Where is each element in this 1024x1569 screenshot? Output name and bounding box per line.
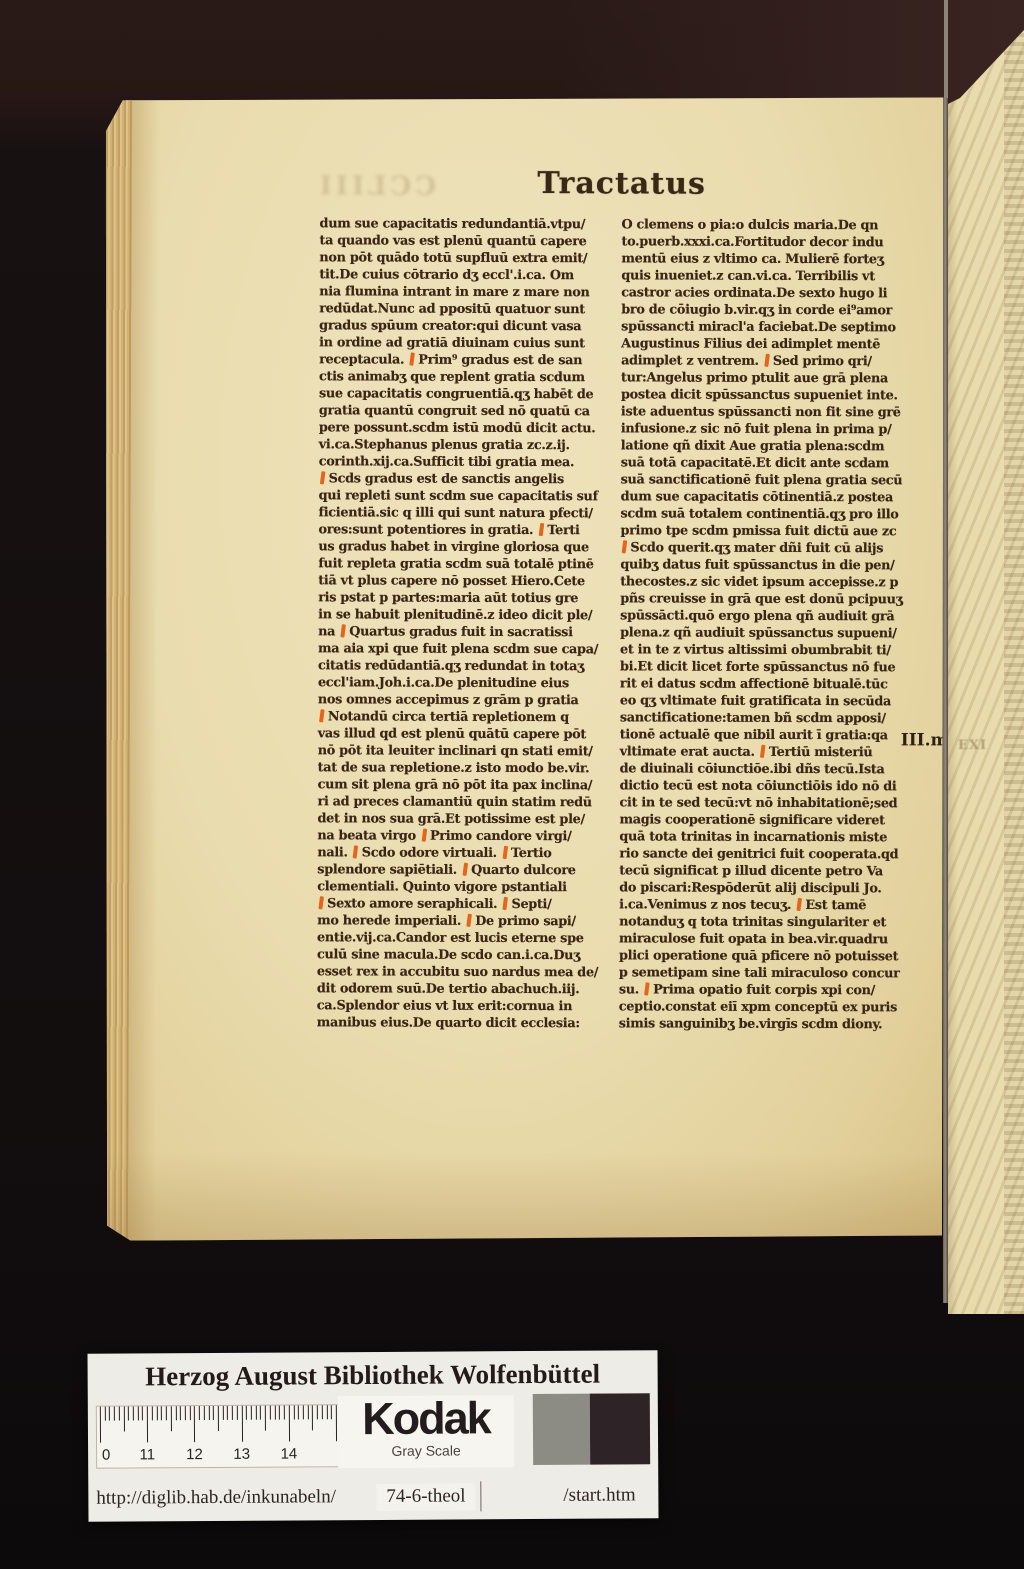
- next-leaf-fore-edge: [948, 24, 1024, 1314]
- ruler-tick: [331, 1405, 332, 1419]
- text-line: bro de cōiugio b.vir.qʒ in corde ei⁹amor: [621, 301, 935, 319]
- text-line: i.ca.Venimus z nos tecuʒ. Est tamē: [619, 896, 933, 914]
- library-reference-strip: Herzog August Bibliothek Wolfenbüttel 01…: [87, 1350, 658, 1521]
- text-line: quis inueniet.z can.vi.ca. Terribilis vt: [621, 267, 935, 285]
- text-line: notanduʒ q tota trinitas singulariter et: [619, 913, 933, 931]
- ruler-tick: [128, 1406, 129, 1420]
- ruler-tick: [105, 1407, 106, 1421]
- text-line: cit in te sed tecū:vt nō inhabitationē;s…: [620, 794, 934, 812]
- text-line: dictio tecū est nota cōiunctiōis ido nō …: [620, 777, 934, 795]
- text-line: plena.z qñ audiuit spūssanctus supueni/: [620, 624, 934, 642]
- text-line: culū sine macula.De scdo can.i.ca.Duʒ: [317, 946, 631, 964]
- book-cover-maroon: [560, 0, 1024, 110]
- text-line: ficientiā.sic q illi qui sunt natura pfe…: [319, 504, 633, 522]
- text-line: na beata virgo Primo candore virgi/: [317, 827, 631, 845]
- text-line: rio sancte dei genitrici fuit cooperata.…: [619, 845, 933, 863]
- rubric-paragraph-mark: [410, 352, 416, 365]
- ruler-tick: [336, 1405, 337, 1441]
- rubric-paragraph-mark: [462, 863, 468, 876]
- text-line: Notandū circa tertiā repletionem q: [318, 708, 632, 726]
- text-line: suā sanctificationē fuit plena gratia se…: [621, 471, 935, 489]
- digitization-url: http://diglib.hab.de/inkunabeln/: [96, 1486, 336, 1509]
- ruler-tick: [208, 1406, 209, 1420]
- ruler-tick: [180, 1406, 181, 1420]
- ruler-tick: [213, 1406, 214, 1420]
- rubric-paragraph-mark: [622, 540, 628, 553]
- ruler-tick: [322, 1405, 323, 1419]
- text-line: p semetipam sine tali miraculoso concur: [619, 964, 933, 982]
- ruler-tick: [274, 1406, 275, 1420]
- text-line: tiā vt plus capere nō posset Hiero.Cete: [318, 572, 632, 590]
- text-line: suā totā capacitatē.Et dicit ante scdam: [621, 454, 935, 472]
- text-line: ri ad preces clamantiū quin statim redū: [318, 793, 632, 811]
- rubric-paragraph-mark: [319, 709, 325, 722]
- ruler-label: 12: [179, 1446, 209, 1463]
- ruler-tick: [142, 1406, 143, 1420]
- ruler-tick: [289, 1406, 290, 1442]
- page-edge-line-top: [944, 0, 948, 100]
- text-line: latione qñ dixit Aue gratia plena:scdm: [621, 437, 935, 455]
- ruler-tick: [256, 1406, 257, 1420]
- text-line: su. Prima opatio fuit corpis xpi con/: [619, 981, 933, 999]
- text-line: eccl'iam.Joh.i.ca.De plenitudine eius: [318, 674, 632, 692]
- text-line: in se habuit plenitudinē.z ideo dicit pl…: [318, 606, 632, 624]
- text-line: cum sit plena grā nō pōt ita pax inclina…: [318, 776, 632, 794]
- ruler-tick: [237, 1406, 238, 1420]
- text-line: ores:sunt potentiores in gratia. Terti: [318, 521, 632, 539]
- ruler-tick: [260, 1406, 261, 1420]
- ruler-tick: [185, 1406, 186, 1420]
- text-line: dit odorem suū.De tertio abachuch.iij.: [317, 980, 631, 998]
- text-line: primo tpe scdm pmissa fuit dictū aue zc: [620, 522, 934, 540]
- text-line: quibʒ datus fuit spūssanctus in die pen/: [620, 556, 934, 574]
- ruler-tick: [133, 1406, 134, 1420]
- text-line: do piscari:Respōderūt alij discipuli Jo.: [619, 879, 933, 897]
- text-line: vltimate erat aucta. Tertiū misteriū: [620, 743, 934, 761]
- page-edge-line: [943, 98, 948, 1303]
- start-page-url: /start.htm: [563, 1484, 635, 1506]
- text-line: receptacula. Prim⁹ gradus est de san: [319, 351, 633, 369]
- text-line: mentū eius z vltimo ca. Mulierē forteʒ: [621, 250, 935, 268]
- text-line: gradus spūum creator:qui dicunt vasa: [319, 317, 633, 335]
- text-line: dum sue capacitatis redundantiā.vtpu/: [320, 215, 634, 233]
- text-line: tit.De cuius cōtrario dʒ eccl'.i.ca. Om: [319, 266, 633, 284]
- kodak-logo: Kodak: [338, 1395, 514, 1442]
- text-line: infusione.z sic nō fuit plena in prima p…: [621, 420, 935, 438]
- text-line: postea dicit spūssanctus supueniet inte.: [621, 386, 935, 404]
- text-line: pñs creuisse in grā que est donū pcipuuʒ: [620, 590, 934, 608]
- text-line: mo herede imperiali. De primo sapi/: [317, 912, 631, 930]
- gray-patch-dark: [590, 1393, 650, 1464]
- text-line: nō pōt ita leuiter inclinari qn stati em…: [318, 742, 632, 760]
- ruler-tick: [303, 1405, 304, 1419]
- rubric-paragraph-mark: [644, 982, 650, 995]
- ruler-tick: [298, 1405, 299, 1419]
- text-line: quā tota trinitas in incarnationis miste: [619, 828, 933, 846]
- ruler-tick: [138, 1406, 139, 1420]
- rubric-paragraph-mark: [764, 354, 770, 367]
- text-line: sue capacitatis congruentiā.qʒ habēt de: [319, 385, 633, 403]
- text-line: ris pstat p partes:maria aūt totius gre: [318, 589, 632, 607]
- text-line: non pōt quādo totū supfluū extra emit/: [319, 249, 633, 267]
- text-line: spūssācti.quō ergo plena qñ audiuit grā: [620, 607, 934, 625]
- text-line: esset rex in accubitu suo nardus mea de/: [317, 963, 631, 981]
- text-line: fuit repleta gratia scdm suā totalē ptin…: [318, 555, 632, 573]
- text-column-left: dum sue capacitatis redundantiā.vtpu/ta …: [317, 215, 634, 1032]
- text-line: in ordine ad gratiā diuinam cuius sunt: [319, 334, 633, 352]
- text-line: O clemens o pia:o dulcis maria.De qn: [622, 216, 936, 234]
- text-line: nos omnes accepimus z grām p gratia: [318, 691, 632, 709]
- ruler-label: 14: [274, 1445, 304, 1462]
- text-line: simis sanguinibʒ be.virgīs scdm diony.: [619, 1015, 933, 1033]
- ruler-tick: [161, 1406, 162, 1420]
- text-line: adimplet z ventrem. Sed primo qri/: [621, 352, 935, 370]
- text-line: magis cooperationē significare videret: [619, 811, 933, 829]
- text-line: det in nos sua grā.Et potissime est ple/: [317, 810, 631, 828]
- page-title: Tractatus: [464, 166, 780, 202]
- text-line: ta quando vas est plenū quantū capere: [319, 232, 633, 250]
- text-line: corinth.xij.ca.Sufficit tibi gratia mea.: [319, 453, 633, 471]
- text-line: Scdo querit.qʒ mater dñi fuit cū alijs: [620, 539, 934, 557]
- text-line: castror acies ordinata.De sexto hugo li: [621, 284, 935, 302]
- rubric-paragraph-mark: [318, 896, 324, 909]
- rubric-paragraph-mark: [760, 745, 766, 758]
- ruler-tick: [326, 1405, 327, 1419]
- text-line: manibus eius.De quarto dicit ecclesia:: [317, 1014, 631, 1032]
- text-line: to.puerb.xxxi.ca.Fortitudor decor indu: [621, 233, 935, 251]
- ruler-tick: [251, 1406, 252, 1420]
- text-column-right: O clemens o pia:o dulcis maria.De qnto.p…: [619, 216, 936, 1033]
- text-line: Sexto amore seraphicali. Septi/: [317, 895, 631, 913]
- page-edge-shading: [126, 95, 160, 1241]
- ruler-tick: [241, 1406, 242, 1442]
- text-line: thecostes.z sic videt ipsum accepisse.z …: [620, 573, 934, 591]
- text-line: entie.vij.ca.Candor est lucis eterne spe: [317, 929, 631, 947]
- ruler-tick: [119, 1407, 120, 1421]
- text-line: us gradus habet in virgine gloriosa que: [318, 538, 632, 556]
- ruler-tick: [232, 1406, 233, 1420]
- ruler-tick: [293, 1405, 294, 1419]
- ruler-tick: [199, 1406, 200, 1420]
- rubric-paragraph-mark: [539, 523, 545, 536]
- text-line: citatis redūdantiā.qʒ redundat in totaʒ: [318, 657, 632, 675]
- ruler-tick: [123, 1407, 124, 1432]
- ghost-showthrough-note: EXI: [958, 738, 987, 753]
- page-bottom-shading: [102, 1151, 942, 1244]
- ruler-tick: [152, 1406, 153, 1420]
- ruler-tick: [265, 1406, 266, 1431]
- ruler-tick: [171, 1406, 172, 1431]
- text-line: eo qʒ vltimate fuit gratificata in secūd…: [620, 692, 934, 710]
- text-line: tionē actualē que nibil aurit ī gratia:q…: [620, 726, 934, 744]
- rubric-paragraph-mark: [797, 898, 803, 911]
- ruler-tick: [147, 1406, 148, 1442]
- ruler-tick: [307, 1405, 308, 1419]
- ruler-tick: [100, 1407, 101, 1443]
- rubric-paragraph-mark: [502, 846, 508, 859]
- text-line: rit ei datus scdm affectionē bitualē.tūc: [620, 675, 934, 693]
- text-line: ma aia xpi que fuit plena scdm sue capa/: [318, 640, 632, 658]
- text-line: miraculose fuit opata in bea.vir.quadru: [619, 930, 933, 948]
- ruler-tick: [114, 1407, 115, 1421]
- gray-patch-mid: [533, 1394, 590, 1465]
- text-line: gratia quantū congruit sed nō quatū ca: [319, 402, 633, 420]
- text-line: qui repleti sunt scdm sue capacitatis su…: [319, 487, 633, 505]
- text-line: clementiali. Quinto vigore pstantiali: [317, 878, 631, 896]
- text-line: sanctificatione:tamen bñ scdm apposi/: [620, 709, 934, 727]
- text-line: nia flumina intrant in mare z mare non: [319, 283, 633, 301]
- text-line: bi.Et dicit licet forte spūssanctus nō f…: [620, 658, 934, 676]
- text-line: scdm suā totalem continentiā.qʒ pro illo: [621, 505, 935, 523]
- rubric-paragraph-mark: [320, 471, 326, 484]
- rubric-paragraph-mark: [503, 897, 509, 910]
- ruler-tick: [166, 1406, 167, 1420]
- text-line: splendore sapiētiali. Quarto dulcore: [317, 861, 631, 879]
- ruler-label: 11: [132, 1446, 162, 1463]
- text-line: tur:Angelus primo ptulit aue grā plena: [621, 369, 935, 387]
- text-line: tecū significat p illud dicente petro Va: [619, 862, 933, 880]
- photo-background: CCLIII Tractatus dum sue capacitatis red…: [0, 0, 1024, 1569]
- ruler-tick: [109, 1407, 110, 1421]
- text-line: Augustinus Filius dei adimplet mentē: [621, 335, 935, 353]
- ruler-label: 13: [227, 1446, 257, 1463]
- ruler-tick: [279, 1406, 280, 1420]
- text-line: plici operatione quā pficere nō potuisse…: [619, 947, 933, 965]
- ruler-label: 0: [91, 1447, 121, 1464]
- ruler-tick: [189, 1406, 190, 1420]
- text-line: ca.Splendor eius vt lux erit:cornua in: [317, 997, 631, 1015]
- ink-showthrough: CCLIII: [316, 171, 436, 201]
- ruler-tick: [227, 1406, 228, 1420]
- ruler-tick: [284, 1406, 285, 1420]
- book-page: CCLIII Tractatus dum sue capacitatis red…: [102, 95, 946, 1244]
- shelfmark-label: 74-6-theol: [376, 1483, 475, 1511]
- ruler-tick: [156, 1406, 157, 1420]
- ruler-tick: [175, 1406, 176, 1420]
- ruler-tick: [246, 1406, 247, 1420]
- ruler-tick: [204, 1406, 205, 1420]
- text-line: iste aduentus spūssancti non fit sine gr…: [621, 403, 935, 421]
- text-line: vas illud qd est plenū quātū capere pōt: [318, 725, 632, 743]
- ruler-tick: [223, 1406, 224, 1420]
- rubric-paragraph-mark: [353, 845, 359, 858]
- text-line: tat de sua repletione.z isto modo be.vir…: [318, 759, 632, 777]
- ruler-tick: [218, 1406, 219, 1431]
- text-line: na Quartus gradus fuit in sacratissi: [318, 623, 632, 641]
- ruler-tick: [194, 1406, 195, 1442]
- rubric-paragraph-mark: [421, 828, 427, 841]
- cm-ruler: 011121314: [96, 1404, 343, 1469]
- gray-scale-label: Gray Scale: [338, 1442, 514, 1459]
- ruler-tick: [312, 1405, 313, 1430]
- text-line: dum sue capacitatis cōtinentiā.z postea: [621, 488, 935, 506]
- ruler-tick: [270, 1406, 271, 1420]
- library-name: Herzog August Bibliothek Wolfenbüttel: [88, 1358, 658, 1392]
- text-line: pere possunt.scdm istū modū dicit actu.: [319, 419, 633, 437]
- rubric-paragraph-mark: [340, 624, 346, 637]
- text-line: vi.ca.Stephanus plenus gratia zc.z.ij.: [319, 436, 633, 454]
- text-line: redūdat.Nunc ad ppositū quatuor sunt: [319, 300, 633, 318]
- text-line: Scds gradus est de sanctis angelis: [319, 470, 633, 488]
- text-line: ceptio.constat eiī xpm conceptū ex puris: [619, 998, 933, 1016]
- text-line: ctis animabʒ que replent gratia scdum: [319, 368, 633, 386]
- text-line: nali. Scdo odore virtuali. Tertio: [317, 844, 631, 862]
- text-line: spūssancti miracl'a faciebat.De septimo: [621, 318, 935, 336]
- text-line: de diuinali cōiunctiōe.ibi dñs tecū.Ista: [620, 760, 934, 778]
- text-line: et in te z virtus altissimi obumbrabit t…: [620, 641, 934, 659]
- kodak-gray-scale-card: Kodak Gray Scale: [338, 1395, 514, 1468]
- ruler-tick: [317, 1405, 318, 1419]
- rubric-paragraph-mark: [466, 914, 472, 927]
